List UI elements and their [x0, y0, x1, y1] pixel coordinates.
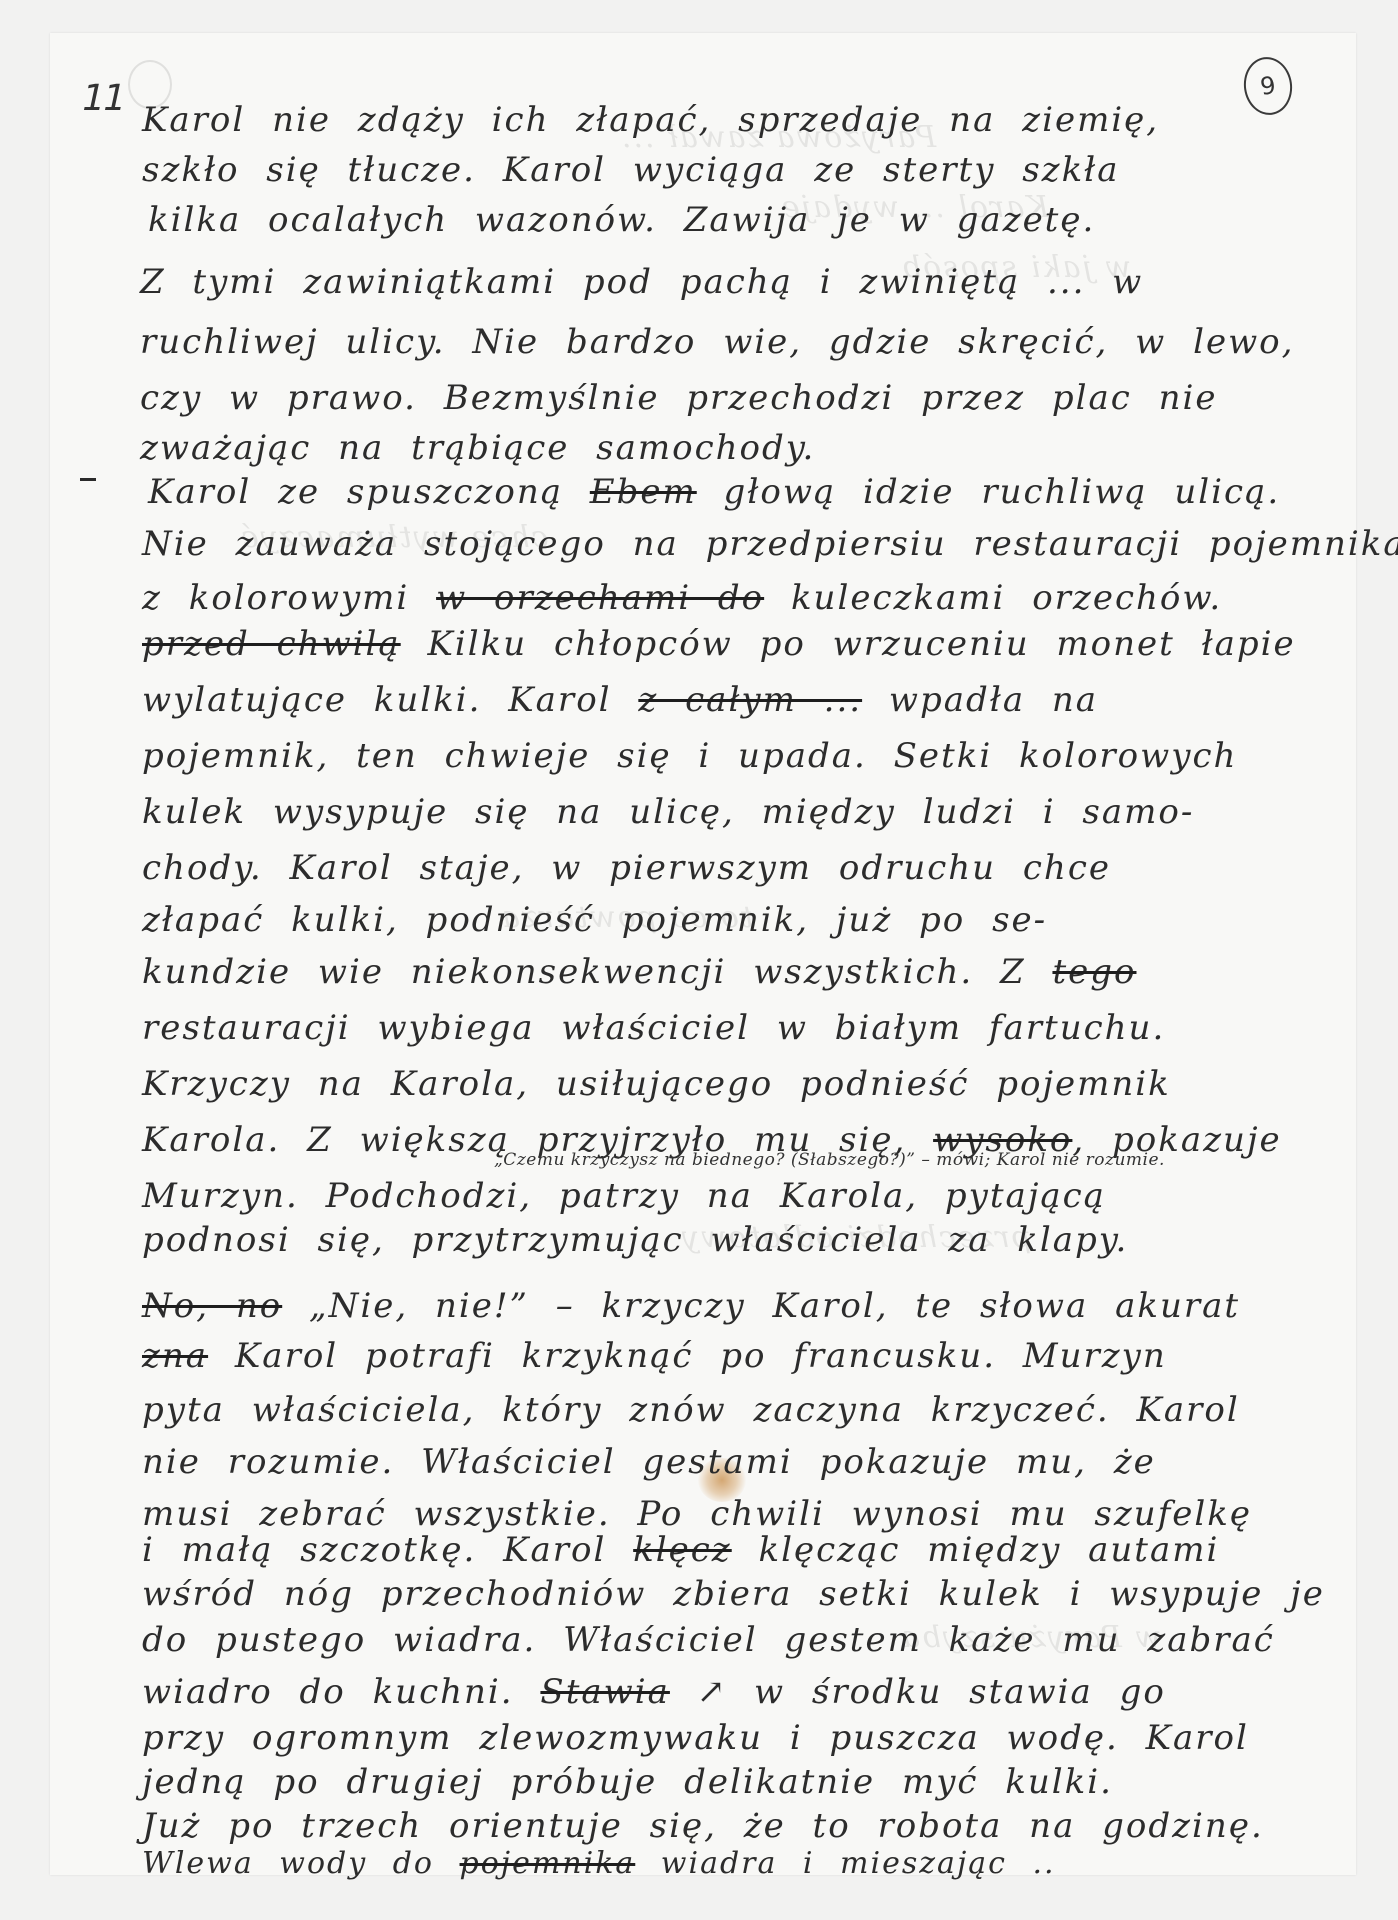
line-text: wiadra i mieszając ..: [635, 1846, 1055, 1881]
manuscript-line: szkło się tłucze. Karol wyciąga ze stert…: [142, 150, 1119, 190]
line-text: kuleczkami orzechów.: [764, 578, 1222, 618]
scanned-page: Paryżowa zawał ... Karol ... wydaje w ja…: [0, 0, 1398, 1920]
manuscript-line: wśród nóg przechodniów zbiera setki kule…: [142, 1574, 1325, 1614]
manuscript-line: wiadro do kuchni. Stawia ↗ w środku staw…: [142, 1672, 1166, 1712]
manuscript-line: Już po trzech orientuje się, że to robot…: [142, 1806, 1264, 1846]
struck-word: tego: [1052, 952, 1136, 992]
manuscript-line: złapać kulki, podnieść pojemnik, już po …: [142, 900, 1047, 940]
line-text: Wlewa wody do: [142, 1846, 460, 1881]
struck-word: Stawia: [540, 1672, 669, 1712]
line-text: Kilku chłopców po wrzuceniu monet łapie: [401, 624, 1296, 664]
line-text: „Nie, nie!” – krzyczy Karol, te słowa ak…: [282, 1286, 1240, 1326]
line-text: wylatujące kulki. Karol: [142, 680, 638, 720]
line-text: i małą szczotkę. Karol: [142, 1530, 633, 1570]
manuscript-line: Z tymi zawiniątkami pod pachą i zwiniętą…: [140, 262, 1143, 302]
manuscript-line: restauracji wybiega właściciel w białym …: [142, 1008, 1165, 1048]
manuscript-line: Wlewa wody do pojemnika wiadra i mieszaj…: [142, 1846, 1056, 1881]
page-number: 9: [1258, 71, 1277, 101]
manuscript-line: i małą szczotkę. Karol klęcz klęcząc mię…: [142, 1530, 1219, 1570]
manuscript-line: kilka ocalałych wazonów. Zawija je w gaz…: [148, 200, 1095, 240]
struck-word: w orzechami do: [436, 578, 764, 618]
manuscript-line: zna Karol potrafi krzyknąć po francusku.…: [142, 1336, 1167, 1376]
manuscript-line: chody. Karol staje, w pierwszym odruchu …: [142, 848, 1111, 888]
manuscript-line: pojemnik, ten chwieje się i upada. Setki…: [142, 736, 1237, 776]
struck-word: klęcz: [633, 1530, 732, 1570]
line-text: kundzie wie niekonsekwencji wszystkich. …: [142, 952, 1052, 992]
manuscript-line: przed chwilą Kilku chłopców po wrzuceniu…: [142, 624, 1296, 664]
manuscript-line: Krzyczy na Karola, usiłującego podnieść …: [142, 1064, 1171, 1104]
manuscript-line: Karol nie zdąży ich złapać, sprzedaje na…: [142, 100, 1159, 140]
manuscript-line: kulek wysypuje się na ulicę, między ludz…: [142, 792, 1194, 832]
manuscript-line: kundzie wie niekonsekwencji wszystkich. …: [142, 952, 1136, 992]
manuscript-line: musi zebrać wszystkie. Po chwili wynosi …: [142, 1494, 1252, 1534]
line-text: ↗ w środku stawia go: [670, 1672, 1166, 1712]
section-dash: [80, 478, 96, 481]
margin-number: 11: [78, 78, 129, 119]
manuscript-line: do pustego wiadra. Właściciel gestem każ…: [142, 1620, 1275, 1660]
line-text: z kolorowymi: [142, 578, 436, 618]
manuscript-line: Nie zauważa stojącego na przedpiersiu re…: [142, 524, 1398, 564]
line-text: głową idzie ruchliwą ulicą.: [697, 472, 1280, 512]
manuscript-line: wylatujące kulki. Karol z całym ... wpad…: [142, 680, 1098, 720]
inserted-note: „Czemu krzyczysz na biednego? (Słabszego…: [494, 1150, 1165, 1170]
struck-word: Ebem: [590, 472, 697, 512]
line-text: Karol potrafi krzyknąć po francusku. Mur…: [208, 1336, 1167, 1376]
line-text: wiadro do kuchni.: [142, 1672, 540, 1712]
manuscript-line: No, no „Nie, nie!” – krzyczy Karol, te s…: [142, 1286, 1240, 1326]
manuscript-line: podnosi się, przytrzymując właściciela z…: [142, 1220, 1128, 1260]
line-text: klęcząc między autami: [732, 1530, 1220, 1570]
struck-word: z całym ...: [638, 680, 862, 720]
struck-word: zna: [142, 1336, 208, 1376]
line-text: wpadła na: [862, 680, 1098, 720]
struck-word: pojemnika: [460, 1846, 636, 1881]
manuscript-line: ruchliwej ulicy. Nie bardzo wie, gdzie s…: [140, 322, 1294, 362]
struck-word: przed chwilą: [142, 624, 401, 664]
manuscript-line: Murzyn. Podchodzi, patrzy na Karola, pyt…: [142, 1176, 1106, 1216]
manuscript-line: zważając na trąbiące samochody.: [140, 428, 815, 468]
manuscript-line: jedną po drugiej próbuje delikatnie myć …: [142, 1762, 1113, 1802]
manuscript-line: pyta właściciela, który znów zaczyna krz…: [142, 1390, 1240, 1430]
manuscript-line: przy ogromnym zlewozmywaku i puszcza wod…: [142, 1718, 1249, 1758]
manuscript-line: czy w prawo. Bezmyślnie przechodzi przez…: [140, 378, 1218, 418]
manuscript-line: Karol ze spuszczoną Ebem głową idzie ruc…: [148, 472, 1280, 512]
line-text: Karol ze spuszczoną: [148, 472, 590, 512]
struck-word: No, no: [142, 1286, 282, 1326]
manuscript-line: nie rozumie. Właściciel gestami pokazuje…: [142, 1442, 1156, 1482]
manuscript-line: z kolorowymi w orzechami do kuleczkami o…: [142, 578, 1222, 618]
